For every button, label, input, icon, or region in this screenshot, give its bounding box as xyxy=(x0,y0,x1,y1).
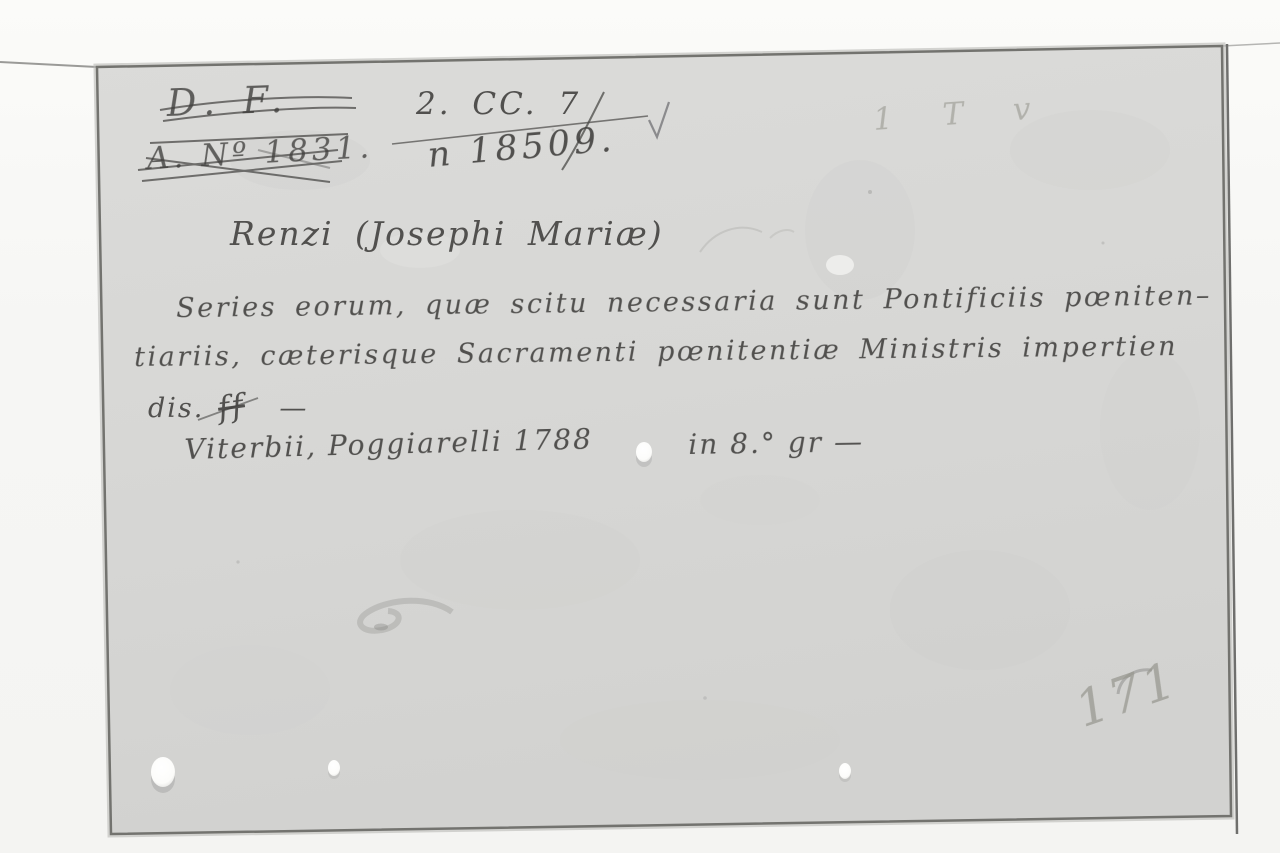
title-line-3: dis.ff— xyxy=(148,389,308,425)
title-line-3-word: dis. xyxy=(148,393,204,424)
crossed-ff-symbol: ff xyxy=(216,387,248,426)
crossed-out-shelfmark-1: D. F. xyxy=(166,78,291,125)
punch-hole-middle xyxy=(636,442,652,467)
author-heading: Renzi (Josephi Mariæ) xyxy=(230,214,664,253)
punch-hole-bottom-center xyxy=(328,760,340,779)
imprint-format: in 8.° gr — xyxy=(688,425,864,461)
punch-hole-bottom-right xyxy=(839,763,851,782)
stack-edge-top-right xyxy=(1222,43,1280,46)
current-shelfmark: 2. CC. 7 xyxy=(416,86,581,122)
line-3-dash: — xyxy=(279,393,308,424)
punch-hole-bottom-left xyxy=(151,757,175,793)
stack-edge-left xyxy=(0,62,97,67)
photographed-catalog-card: D. F. A. Nº 1831. 2. CC. 7 n 18509. 1 T … xyxy=(0,0,1280,853)
